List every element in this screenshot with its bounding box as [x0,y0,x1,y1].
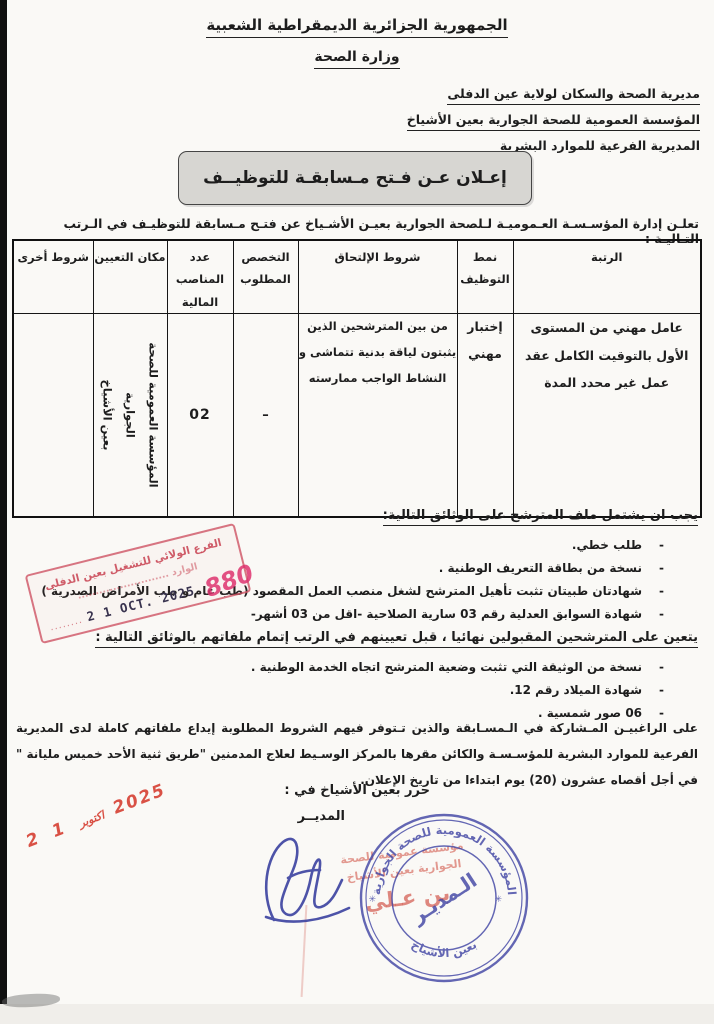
announcement-title: إعـلان عـن فـتح مـسابقـة للتوظيــف [203,168,507,188]
scan-bottom-band [0,1004,714,1024]
cell-specialty: – [233,314,298,518]
dash-bullet: - [659,538,664,552]
registry-dots: ........ [49,616,84,634]
round-stamp-center-label: الـمديـر [406,868,481,928]
cell-mode: إختبار مهني [457,314,513,518]
recruitment-table: الرتبة نمط التوظيف شروط الإلتحاق التخصص … [12,239,702,518]
written-at-line: حرر بعين الأشياخ في : [284,783,430,798]
closing-paragraph: على الراغبيـن المـشاركة في الـمسـابقة وا… [16,716,698,793]
scanned-document-page: الجمهورية الجزائرية الديمقراطية الشعبية … [0,0,714,1024]
dash-bullet: - [659,683,664,697]
rotated-location-text: المؤسسة العمومية للصحة الجوارية بعين الأ… [96,322,165,508]
header-positions: عدد المناصب المالية [167,240,233,314]
header-location: مكان التعيين [93,240,167,314]
header-mode: نمط التوظيف [457,240,513,314]
header-conditions: شروط الإلتحاق [298,240,457,314]
cell-location: المؤسسة العمومية للصحة الجوارية بعين الأ… [93,314,167,518]
list-item: -نسخة من الوثيقة التي تثبت وضعية المترشح… [18,660,664,674]
header-specialty: التخصص المطلوب [233,240,298,314]
header-other: شروط أخرى [13,240,93,314]
org-line-establishment: المؤسسة العمومية للصحة الجوارية بعين الأ… [407,112,700,127]
dash-bullet: - [659,660,664,674]
cell-positions: 02 [167,314,233,518]
dash-bullet: - [659,607,664,621]
national-header-line: الجمهورية الجزائرية الديمقراطية الشعبية [0,16,714,34]
org-line-directorate: مديرية الصحة والسكان لولاية عين الدفلى [407,86,700,101]
ministry-line: وزارة الصحة [0,49,714,65]
rim-star-right: ✳ [494,895,502,905]
rim-star-left: ✳ [368,895,376,905]
director-signature-icon [236,820,366,949]
scan-edge [0,0,7,1004]
final-heading: يتعين على المترشحين المقبولين نهائيا ، ق… [95,630,698,645]
cell-other [13,314,93,518]
svg-text:بعين الأشياخ: بعين الأشياخ [409,937,479,960]
table-header-row: الرتبة نمط التوظيف شروط الإلتحاق التخصص … [13,240,701,314]
list-item: -طلب خطي. [18,538,664,552]
director-round-stamp: المؤسسة العمومية للصحة الجوارية بعين الأ… [356,810,532,990]
round-stamp-rim-bottom-text: بعين الأشياخ [409,937,479,960]
announcement-title-box: إعـلان عـن فـتح مـسابقـة للتوظيــف [178,151,532,205]
header-rank: الرتبة [513,240,701,314]
list-item: -شهادة الميلاد رقم 12. [18,683,664,697]
cell-rank: عامل مهني من المستوى الأول بالتوقيت الكا… [513,314,701,518]
dash-bullet: - [659,584,664,598]
table-row: عامل مهني من المستوى الأول بالتوقيت الكا… [13,314,701,518]
dash-bullet: - [659,561,664,575]
documents-heading: يجب ان يشتمل ملف المترشح على الوثائق الت… [383,508,698,523]
cell-conditions: من بين المترشحين الذين يثبتون لياقة بدني… [298,314,457,518]
